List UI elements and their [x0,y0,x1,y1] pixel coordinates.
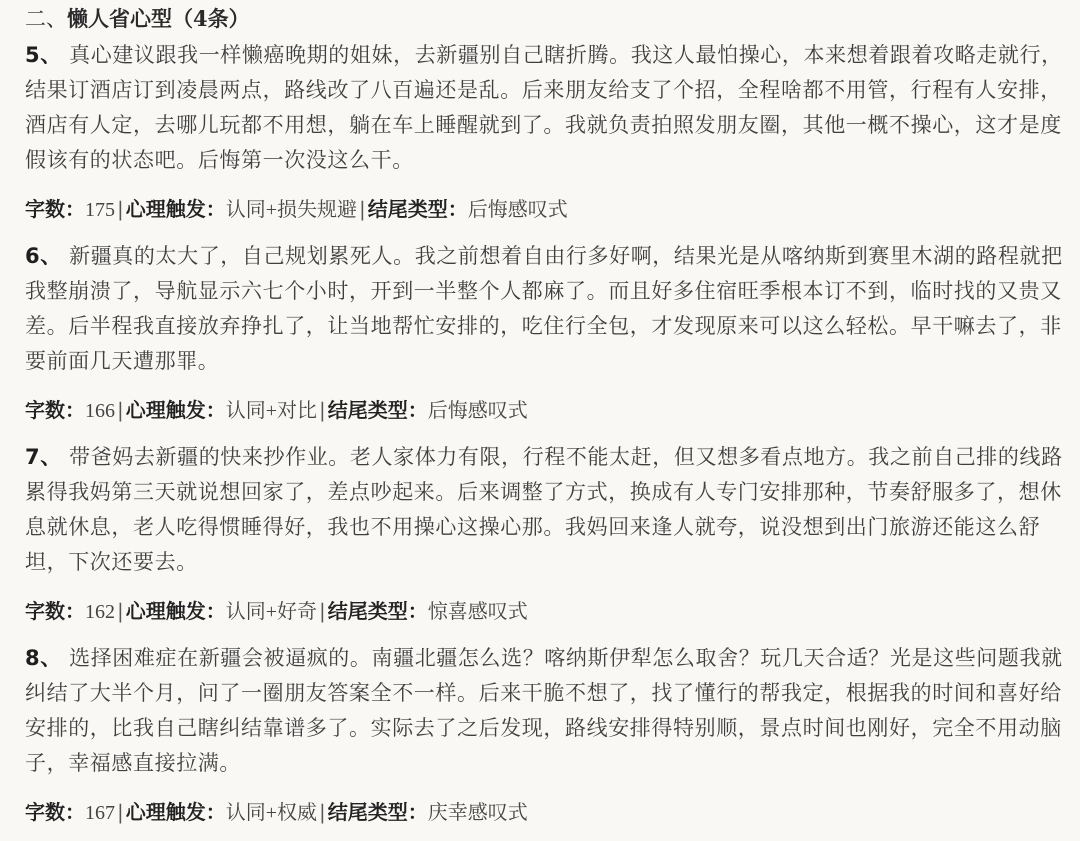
separator: | [117,599,124,623]
ending-label: 结尾类型： [328,398,428,422]
item-number: 8、 [25,646,62,670]
ending-value: 后悔感叹式 [428,400,528,422]
word-count-label: 字数： [25,800,85,824]
item-meta: 字数：175|心理触发：认同+损失规避|结尾类型：后悔感叹式 [25,194,1065,225]
trigger-label: 心理触发： [126,599,226,623]
trigger-value: 认同+损失规避 [226,199,357,221]
item-text: 新疆真的太大了，自己规划累死人。我之前想着自由行多好啊，结果光是从喀纳斯到赛里木… [25,244,1063,373]
trigger-value: 认同+好奇 [226,601,317,623]
trigger-label: 心理触发： [126,800,226,824]
copy-item: 8、 选择困难症在新疆会被逼疯的。南疆北疆怎么选？喀纳斯伊犁怎么取舍？玩几天合适… [25,641,1065,828]
separator: | [319,398,326,422]
copy-item: 6、 新疆真的太大了，自己规划累死人。我之前想着自由行多好啊，结果光是从喀纳斯到… [25,239,1065,426]
ending-label: 结尾类型： [328,599,428,623]
separator: | [117,398,124,422]
item-body: 7、 带爸妈去新疆的快来抄作业。老人家体力有限，行程不能太赶，但又想多看点地方。… [25,440,1065,580]
ending-value: 庆幸感叹式 [428,802,528,824]
word-count-value: 166 [85,400,115,422]
document-page: 二、懒人省心型（4条） 5、 真心建议跟我一样懒癌晚期的姐妹，去新疆别自己瞎折腾… [0,0,1065,828]
item-text: 选择困难症在新疆会被逼疯的。南疆北疆怎么选？喀纳斯伊犁怎么取舍？玩几天合适？光是… [25,646,1063,775]
separator: | [117,800,124,824]
item-body: 6、 新疆真的太大了，自己规划累死人。我之前想着自由行多好啊，结果光是从喀纳斯到… [25,239,1065,379]
copy-item: 5、 真心建议跟我一样懒癌晚期的姐妹，去新疆别自己瞎折腾。我这人最怕操心，本来想… [25,38,1065,225]
item-meta: 字数：162|心理触发：认同+好奇|结尾类型：惊喜感叹式 [25,596,1065,627]
word-count-value: 162 [85,601,115,623]
trigger-label: 心理触发： [126,197,226,221]
item-body: 5、 真心建议跟我一样懒癌晚期的姐妹，去新疆别自己瞎折腾。我这人最怕操心，本来想… [25,38,1065,178]
trigger-value: 认同+权威 [226,802,317,824]
item-body: 8、 选择困难症在新疆会被逼疯的。南疆北疆怎么选？喀纳斯伊犁怎么取舍？玩几天合适… [25,641,1065,781]
item-meta: 字数：166|心理触发：认同+对比|结尾类型：后悔感叹式 [25,395,1065,426]
word-count-label: 字数： [25,599,85,623]
trigger-label: 心理触发： [126,398,226,422]
ending-label: 结尾类型： [328,800,428,824]
trigger-value: 认同+对比 [226,400,317,422]
separator: | [359,197,366,221]
word-count-label: 字数： [25,197,85,221]
item-text: 带爸妈去新疆的快来抄作业。老人家体力有限，行程不能太赶，但又想多看点地方。我之前… [25,445,1063,574]
item-text: 真心建议跟我一样懒癌晚期的姐妹，去新疆别自己瞎折腾。我这人最怕操心，本来想着跟着… [25,43,1063,172]
word-count-value: 175 [85,199,115,221]
item-number: 5、 [25,43,62,67]
separator: | [117,197,124,221]
item-number: 7、 [25,445,62,469]
separator: | [319,800,326,824]
copy-item: 7、 带爸妈去新疆的快来抄作业。老人家体力有限，行程不能太赶，但又想多看点地方。… [25,440,1065,627]
item-meta: 字数：167|心理触发：认同+权威|结尾类型：庆幸感叹式 [25,797,1065,828]
ending-value: 惊喜感叹式 [428,601,528,623]
section-title: 二、懒人省心型（4条） [25,4,1065,34]
separator: | [319,599,326,623]
ending-value: 后悔感叹式 [468,199,568,221]
word-count-value: 167 [85,802,115,824]
item-number: 6、 [25,244,62,268]
word-count-label: 字数： [25,398,85,422]
section-title-text: 懒人省心型（4条） [67,6,250,31]
ending-label: 结尾类型： [368,197,468,221]
section-prefix: 二、 [25,7,67,31]
